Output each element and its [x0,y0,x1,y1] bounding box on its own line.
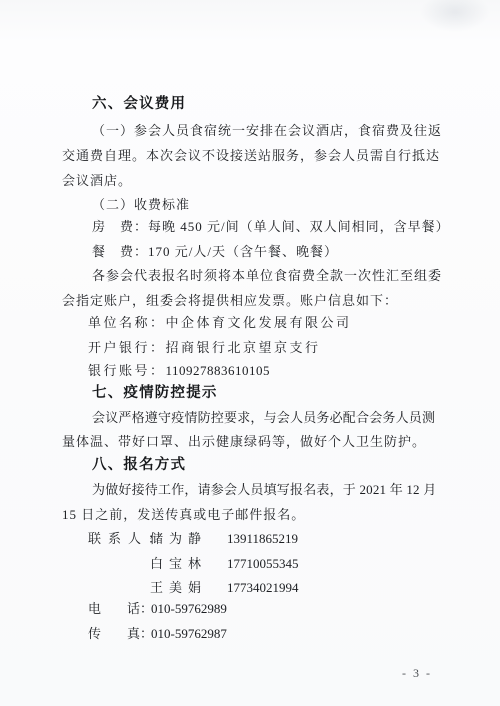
account-number-line: 银行账号：110927883610105 [88,362,270,379]
contact-row: 联系人： 储为静 13911865219 [0,530,500,548]
account-number-value: 110927883610105 [166,363,271,378]
accommodation-paragraph-line-2: 交通费自理。本次会议不设接送站服务，参会人员需自行抵达 [62,147,440,164]
account-name-value: 中企体育文化发展有限公司 [166,315,352,330]
section-8-heading: 八、报名方式 [92,457,186,474]
meal-fee-line: 餐 费：170 元/人/天（含午餐、晚餐） [92,243,338,260]
payment-paragraph-line-1: 各参会代表报名时须将本单位食宿费全款一次性汇至组委 [92,267,442,284]
section-6-heading: 六、会议费用 [92,96,186,113]
contact-phone: 13911865219 [227,530,298,547]
registration-paragraph-line-2: 15 日之前，发送传真或电子邮件报名。 [62,506,305,523]
accommodation-paragraph-line-3: 会议酒店。 [62,172,132,189]
contact-name: 白宝林 [150,555,207,572]
bank-value: 招商银行北京望京支行 [166,340,321,355]
telephone-label-first-char: 电 [88,600,101,617]
room-fee-line: 房 费：每晚 450 元/间（单人间、双人间相同，含早餐） [92,218,450,235]
fax-row: 传 真： 010-59762987 [0,625,500,643]
contact-row: 王美娟 17734021994 [0,579,500,597]
fax-label-second-part: 真： [127,625,153,642]
section-7-heading: 七、疫情防控提示 [92,385,218,402]
account-number-label: 银行账号： [88,363,166,378]
contact-phone: 17710055345 [227,555,299,572]
contact-name: 储为静 [150,530,207,547]
contact-row: 白宝林 17710055345 [0,555,500,573]
document-page: 六、会议费用 （一）参会人员食宿统一安排在会议酒店，食宿费及往返 交通费自理。本… [0,0,500,706]
bank-line: 开户银行：招商银行北京望京支行 [88,339,321,356]
payment-paragraph-line-2: 会指定账户，组委会将提供相应发票。账户信息如下： [62,292,398,309]
telephone-row: 电 话： 010-59762989 [0,600,500,618]
contact-phone: 17734021994 [227,579,299,596]
fax-label-first-char: 传 [88,625,101,642]
fax-value: 010-59762987 [151,625,227,642]
covid-paragraph-line-2: 量体温、带好口罩、出示健康绿码等，做好个人卫生防护。 [62,433,426,450]
account-name-label: 单位名称： [88,315,166,330]
page-number: - 3 - [402,666,432,681]
registration-paragraph-line-1: 为做好接待工作，请参会人员填写报名表，于 2021 年 12 月 [92,481,436,498]
telephone-label-second-part: 话： [127,600,153,617]
telephone-value: 010-59762989 [151,600,227,617]
account-name-line: 单位名称：中企体育文化发展有限公司 [88,314,352,331]
covid-paragraph-line-1: 会议严格遵守疫情防控要求，与会人员务必配合会务人员测 [92,409,435,426]
pricing-sub-heading: （二）收费标准 [92,196,190,213]
accommodation-paragraph-line-1: （一）参会人员食宿统一安排在会议酒店，食宿费及往返 [92,122,442,139]
bank-label: 开户银行： [88,340,166,355]
scan-artifact [420,0,490,32]
contact-name: 王美娟 [150,579,207,596]
